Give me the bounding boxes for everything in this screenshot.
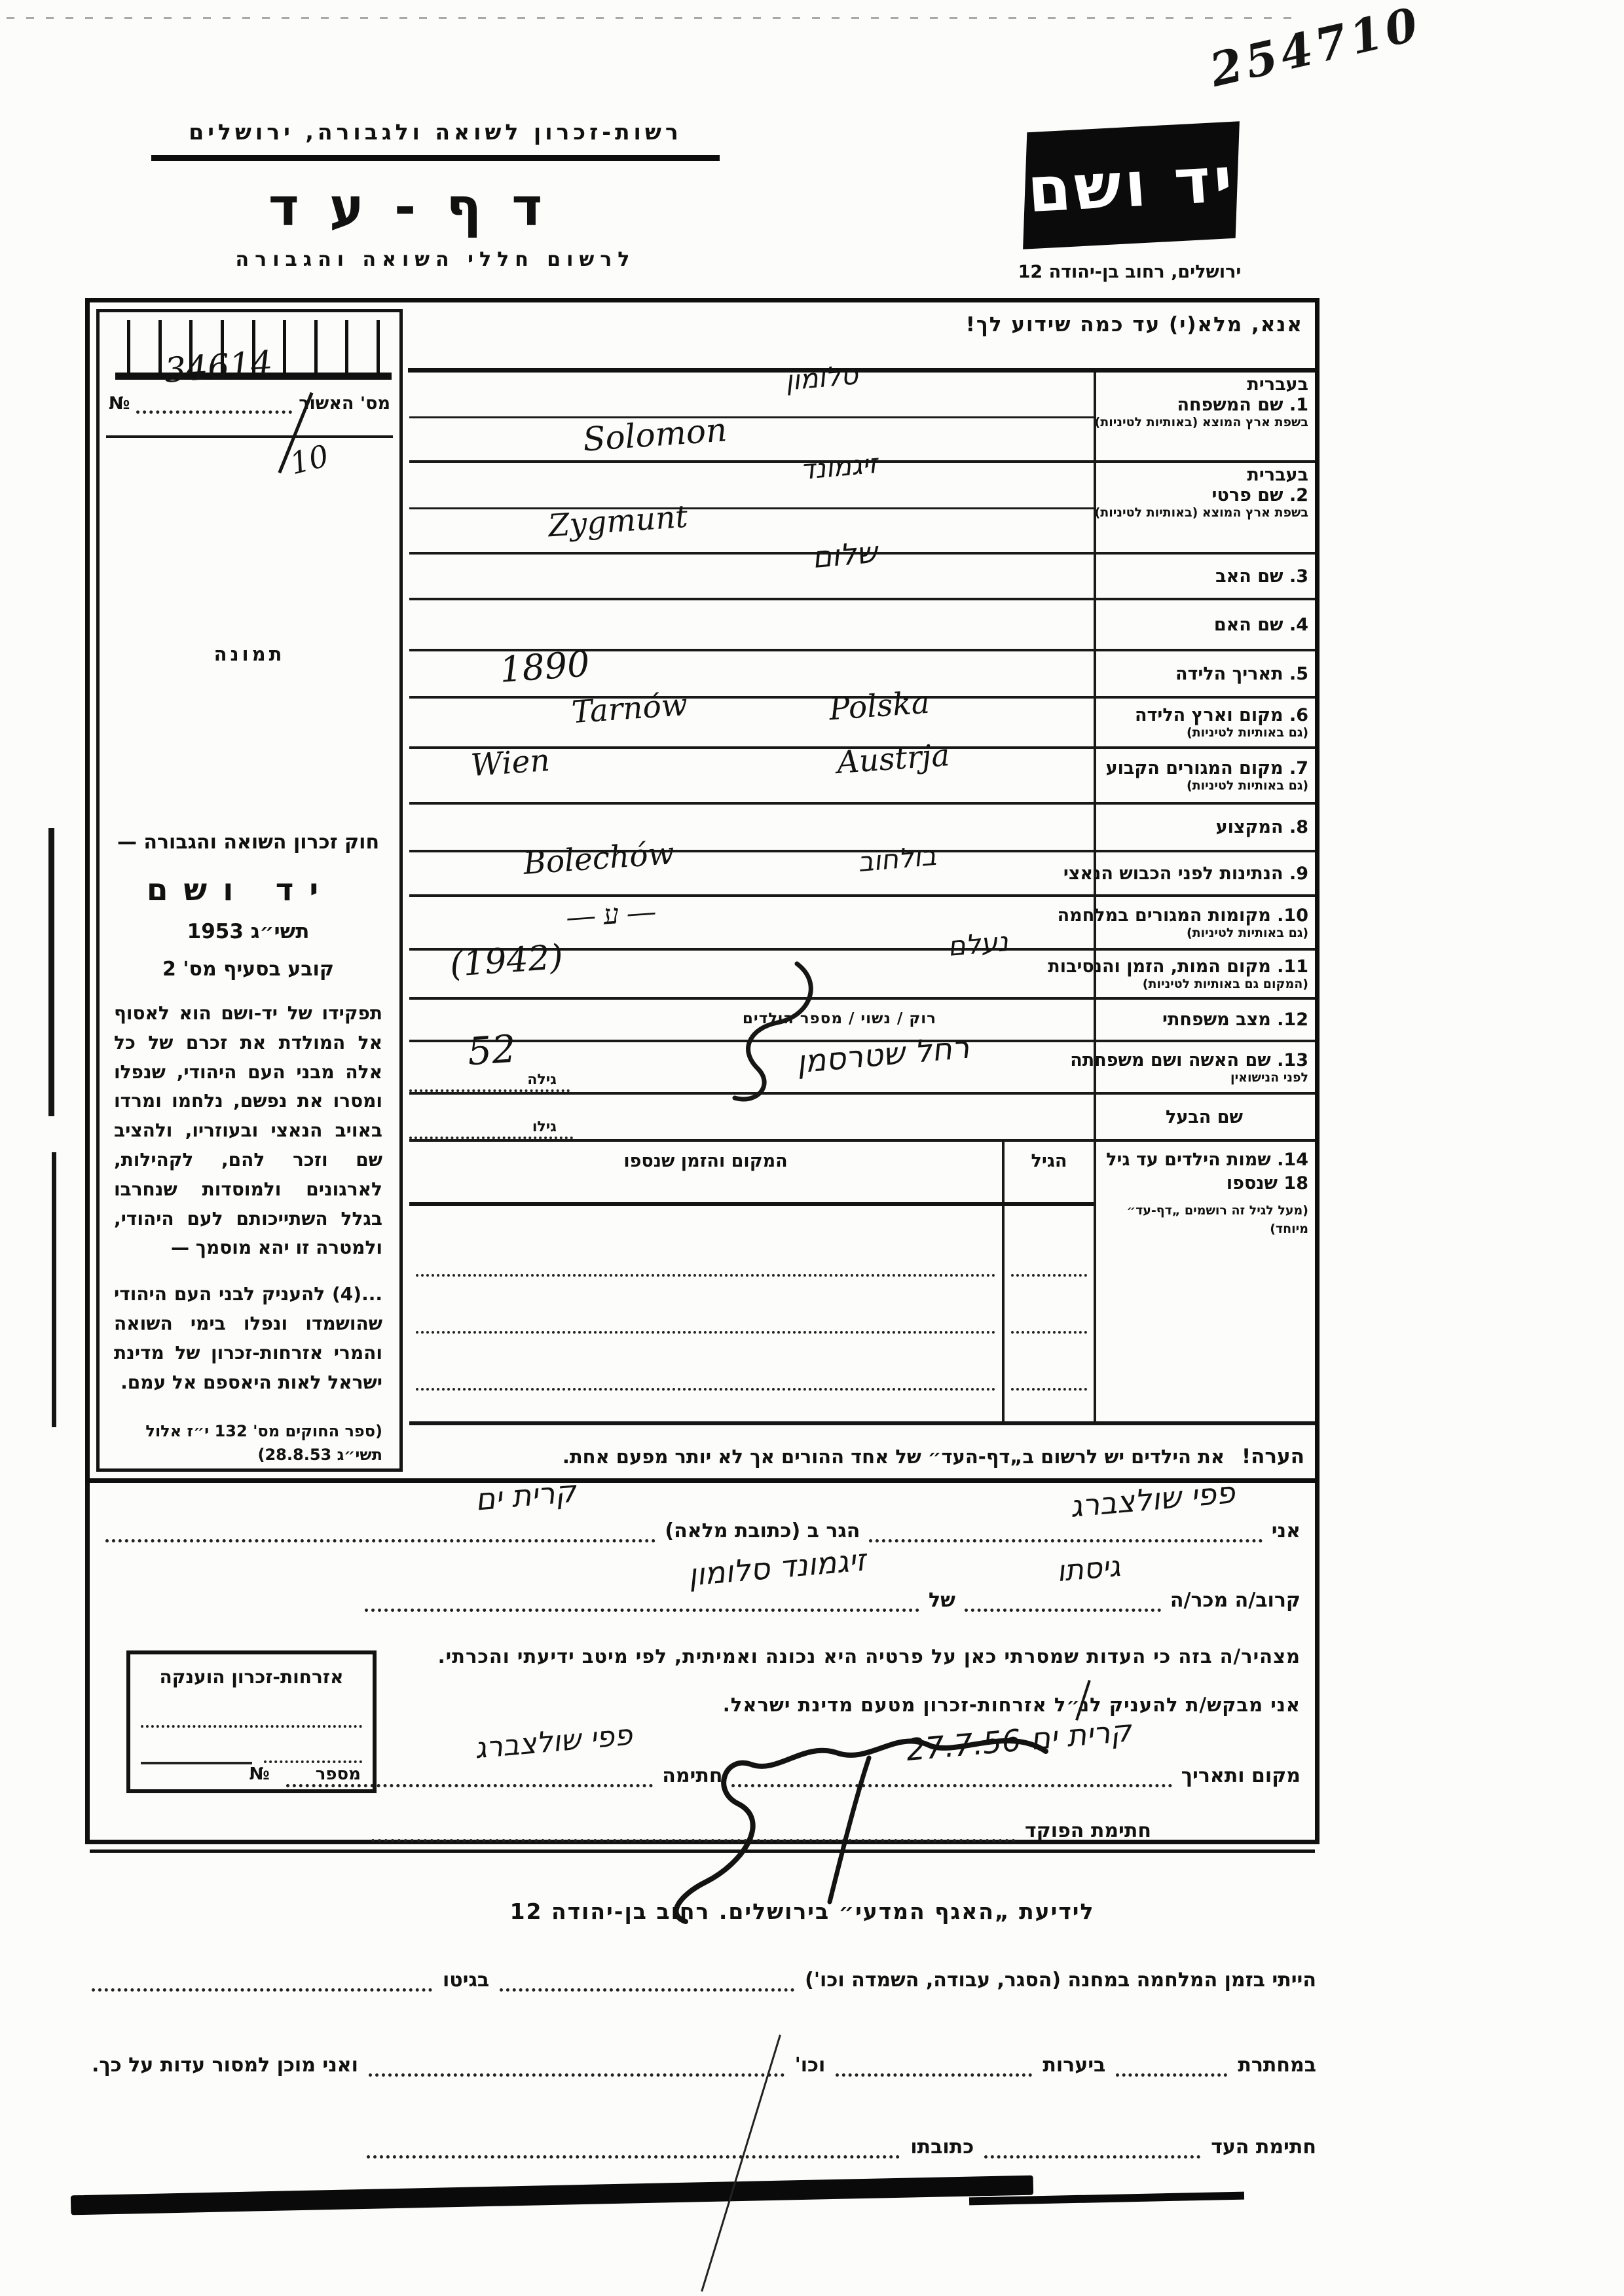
declaration-section: אני פפי שולצברג הגר ב (כתובת מלאה) קרית … <box>85 1483 1319 1844</box>
row-father-name: 3. שם האב שלום <box>409 555 1315 600</box>
relation-field: גיסתו <box>965 1581 1161 1612</box>
row-marital-status: 12. מצב משפחתי רוק / נשוי / מספר הילדים <box>409 1000 1315 1042</box>
declarant-line: אני פפי שולצברג הגר ב (כתובת מלאה) קרית … <box>105 1512 1301 1542</box>
place-date-label: מקום ותאריך <box>1181 1764 1301 1787</box>
numero-sign: № <box>109 393 130 414</box>
label-hebrew-tag: בעברית <box>1100 465 1308 485</box>
approval-suffix-handwritten: 10 <box>287 438 333 482</box>
handwritten-first-name-hebrew: זיגמונד <box>799 448 879 486</box>
law-extract: חוק זכרון השואה והגבורה — יד ושם תשי״ג 1… <box>114 831 382 1467</box>
address-field: קרית ים <box>105 1512 655 1542</box>
witness-signature-label: חתימת העד <box>1211 2136 1316 2159</box>
law-reference: (ספר החוקים מס' 132 י״ז אלול תשי״ג 28.8.… <box>114 1419 382 1467</box>
handwritten-place-hebrew: בולחוב <box>857 840 938 878</box>
handwritten-birth-country: Polska <box>828 685 931 728</box>
row-label: 10. מקומות המגורים במלחמה (גם באותיות לט… <box>1094 897 1315 948</box>
forests-field <box>836 2046 1032 2077</box>
law-name: יד ושם <box>114 872 382 908</box>
fill-line <box>416 1273 995 1277</box>
fill-line <box>409 416 1094 418</box>
divider <box>106 435 393 438</box>
office-address: ירושלים, רחוב בן-יהודה 12 <box>1012 262 1247 282</box>
etc-field <box>369 2046 784 2077</box>
row-sublabel: לפני הנישואין <box>1100 1070 1308 1085</box>
row-label: 12. מצב משפחתי <box>1094 1000 1315 1040</box>
fill-line <box>409 1133 573 1139</box>
stamp-number-row: מספר № <box>249 1764 361 1784</box>
children-subheading: (מעל לגיל זה רושמים „דף-עד״ מיוחד) <box>1100 1201 1308 1239</box>
ready-text: ואני מוכן למסור עדות על כך. <box>92 2054 358 2077</box>
testimony-page-scan: 254710 רשות-זכרון לשואה ולגבורה, ירושלים… <box>0 0 1624 2296</box>
law-clause: ...(4) להעניק לבני העם היהודי שהושמדו ונ… <box>114 1280 382 1397</box>
of-label: של <box>929 1589 955 1612</box>
row-label: בעברית 1. שם המשפחה בשפת ארץ המוצא (באות… <box>1094 373 1315 460</box>
row-label: 6. מקום וארץ הלידה (גם באותיות לטיניות) <box>1094 699 1315 746</box>
fill-line <box>141 1725 362 1728</box>
approval-number-row: מס' האשור 34614 № <box>109 386 390 414</box>
info-section-title: לידיעת „האגף המדעי״ בירושלים. רחוב בן-יה… <box>367 1899 1238 1924</box>
children-label-cell: 14. שמות הילדים עד גיל 18 שנספו (מעל לגי… <box>1094 1142 1315 1421</box>
fill-line <box>1011 1330 1087 1334</box>
citizenship-stamp-box: אזרחות-זכרון הוענקה מספר № <box>126 1650 377 1793</box>
photo-law-box: מס' האשור 34614 № 10 תמונה חוק זכרון השו… <box>96 309 403 1472</box>
i-label: אני <box>1272 1520 1301 1542</box>
row-title: תאריך הלידה <box>1175 664 1283 684</box>
camp-field <box>500 1961 794 1992</box>
handwritten-birth-year: 1890 <box>498 643 591 690</box>
law-title: חוק זכרון השואה והגבורה — <box>114 831 382 854</box>
yad-vashem-logo: יד ושם <box>1023 121 1240 249</box>
fill-line <box>416 1387 995 1391</box>
row-death-place-time: 11. מקום המות, הזמן והנסיבות (המקום גם ב… <box>409 951 1315 1000</box>
divider <box>408 368 1315 373</box>
handwritten-address: קרית ים <box>473 1473 580 1542</box>
husband-label: שם הבעל <box>1100 1107 1308 1127</box>
row-sublabel: (גם באותיות לטיניות) <box>1100 778 1308 793</box>
row-mother-name: 4. שם האם <box>409 600 1315 651</box>
row-citizenship: 9. הנתינות לפני הכבוש הנאצי Bolechów בול… <box>409 852 1315 897</box>
row-label: 4. שם האם <box>1094 600 1315 649</box>
answer-area: Wien Austrja <box>409 749 1094 802</box>
answer-area: סלומון Solomon <box>409 373 1094 460</box>
law-body: תפקידו של יד-ושם הוא לאסוף אל המולדת את … <box>114 999 382 1263</box>
row-title: מקום וארץ הלידה <box>1135 705 1283 725</box>
witness-line: חתימת העד כתובתו <box>367 2128 1316 2159</box>
divider <box>151 155 720 161</box>
stamp-title: אזרחות-זכרון הוענקה <box>130 1666 373 1688</box>
row-number: 2. <box>1289 485 1308 505</box>
note-title: הערה! <box>1242 1445 1304 1468</box>
handwritten-ditto-marks: ― ע ― <box>566 895 656 934</box>
row-number: 8. <box>1289 817 1308 837</box>
row-number: 13. <box>1277 1050 1308 1070</box>
row-label: 13. שם האשה ושם משפחתה לפני הנישואין <box>1094 1042 1315 1092</box>
fill-line <box>409 1085 570 1092</box>
row-sublabel: בשפת ארץ המוצא (באותיות לטיניות) <box>1100 505 1308 520</box>
scan-artifact <box>7 17 1303 19</box>
row-title: מקום המגורים הקבוע <box>1106 758 1283 778</box>
numero-sign: № <box>249 1764 269 1784</box>
row-number: 11. <box>1277 957 1308 977</box>
column-age-header: הגיל <box>1005 1151 1094 1171</box>
handwritten-birth-city: Tarnów <box>570 687 688 731</box>
handwritten-death-note: נעלם <box>946 926 1009 962</box>
row-residence: 7. מקום המגורים הקבוע (גם באותיות לטיניו… <box>409 749 1315 805</box>
handwritten-scrawl <box>699 957 830 1108</box>
form-header: רשות-זכרון לשואה ולגבורה, ירושלים דף-עד … <box>147 119 724 271</box>
camp-line: הייתי בזמן המלחמה במחנה (הסגר, עבודה, הש… <box>92 1961 1316 1992</box>
answer-area: 1890 <box>409 651 1094 696</box>
row-number: 1. <box>1289 395 1308 415</box>
handwritten-family-name-hebrew: סלומון <box>784 359 859 397</box>
answer-area: שלום <box>409 555 1094 598</box>
fill-line <box>409 507 1094 509</box>
ghetto-label: בגיטו <box>443 1969 489 1992</box>
row-number: 3. <box>1289 566 1308 587</box>
row-sublabel: (גם באותיות לטיניות) <box>1100 926 1308 940</box>
row-sublabel: בשפת ארץ המוצא (באותיות לטיניות) <box>1100 415 1308 429</box>
row-label: 3. שם האב <box>1094 555 1315 598</box>
row-label: 5. תאריך הלידה <box>1094 651 1315 696</box>
stamp-number-label: מספר <box>316 1764 361 1784</box>
row-number: 12. <box>1277 1010 1308 1030</box>
form-title: דף-עד <box>147 177 724 238</box>
row-title: שם האם <box>1214 615 1283 635</box>
row-husband-name: שם הבעל גילו <box>409 1095 1315 1142</box>
divider <box>409 1202 1094 1206</box>
answer-area <box>409 600 1094 649</box>
forests-label: ביערות <box>1043 2054 1105 2077</box>
handwritten-first-name-latin: Zygmunt <box>547 499 689 545</box>
row-birth-place: 6. מקום וארץ הלידה (גם באותיות לטיניות) … <box>409 699 1315 749</box>
row-title: המקצוע <box>1216 817 1283 837</box>
fill-line <box>264 1760 362 1763</box>
handwritten-victim-name: זיגמונד סלומון <box>687 1542 870 1614</box>
declarant-name-field: פפי שולצברג <box>869 1512 1262 1542</box>
column-place-header: המקום והזמן שנספו <box>409 1151 1002 1171</box>
answer-area: Tarnów Polska <box>409 699 1094 746</box>
scan-artifact <box>52 1152 56 1427</box>
fill-instruction: אנא, מלא(י) עד כמה שידוע לך! <box>966 313 1303 337</box>
form-subtitle: לרשום חללי השואה והגבורה <box>147 248 724 271</box>
relation-line: קרוב/ה מכר/ה גיסתו של זיגמונד סלומון <box>365 1581 1301 1612</box>
row-sublabel: (המקום גם באותיות לטיניות) <box>1100 977 1308 991</box>
main-form: אנא, מלא(י) עד כמה שידוע לך! מס' האשור 3… <box>85 298 1319 1483</box>
row-number: 4. <box>1289 615 1308 635</box>
camp-label: הייתי בזמן המלחמה במחנה (הסגר, עבודה, הש… <box>805 1969 1316 1992</box>
law-section: קובע בסעיף מס' 2 <box>114 958 382 981</box>
row-title: שם המשפחה <box>1177 395 1283 415</box>
row-title: שם האב <box>1215 566 1283 587</box>
children-table: 14. שמות הילדים עד גיל 18 שנספו (מעל לגי… <box>409 1142 1315 1425</box>
photo-label: תמונה <box>100 643 399 665</box>
handwritten-death-year: (1942) <box>449 938 564 985</box>
row-label: 11. מקום המות, הזמן והנסיבות (המקום גם ב… <box>1094 951 1315 997</box>
underground-label: במחתרת <box>1238 2054 1316 2077</box>
row-number: 10. <box>1277 905 1308 926</box>
answer-area: Bolechów בולחוב <box>409 852 1094 894</box>
answer-area: זיגמונד Zygmunt <box>409 463 1094 552</box>
relative-label: קרוב/ה מכר/ה <box>1170 1589 1301 1612</box>
column-place-time: המקום והזמן שנספו <box>409 1142 1002 1421</box>
handwritten-relation: גיסתו <box>1056 1550 1124 1610</box>
children-heading: 14. שמות הילדים עד גיל 18 שנספו <box>1100 1148 1308 1196</box>
row-number: 7. <box>1289 758 1308 778</box>
handwritten-residence-city: Wien <box>470 742 551 784</box>
row-title: מצב משפחתי <box>1162 1010 1271 1030</box>
column-age: הגיל <box>1002 1142 1094 1421</box>
approval-label: מס' האשור <box>299 393 390 414</box>
approval-number-handwritten: 34614 <box>163 344 274 390</box>
resides-label: הגר ב (כתובת מלאה) <box>665 1520 860 1542</box>
authority-name: רשות-זכרון לשואה ולגבורה, ירושלים <box>147 119 724 145</box>
row-label: 9. הנתינות לפני הכבוש הנאצי <box>1094 852 1315 894</box>
fill-line <box>416 1330 995 1334</box>
clerk-signature <box>587 1712 1085 1928</box>
row-label: 8. המקצוע <box>1094 805 1315 850</box>
handwritten-wife-age: 52 <box>466 1027 517 1074</box>
row-number: 6. <box>1289 705 1308 725</box>
witness-address-field <box>367 2128 900 2159</box>
note-text: את הילדים יש לרשום ב„דף-העד״ של אחד ההור… <box>563 1446 1225 1468</box>
declaration-text: מצהיר/ה בזה כי העדות שמסרתי כאן על פרטיה… <box>438 1645 1301 1667</box>
row-label: שם הבעל <box>1094 1095 1315 1139</box>
scan-artifact <box>48 828 54 1116</box>
row-number: 5. <box>1289 664 1308 684</box>
witness-signature-field <box>984 2128 1200 2159</box>
row-label: 7. מקום המגורים הקבוע (גם באותיות לטיניו… <box>1094 749 1315 802</box>
fill-line <box>1011 1387 1087 1391</box>
handwritten-residence-country: Austrja <box>836 737 951 781</box>
fill-line <box>1011 1273 1087 1277</box>
row-title: שם פרטי <box>1212 485 1283 505</box>
fill-line <box>141 1762 252 1764</box>
label-hebrew-tag: בעברית <box>1100 374 1308 395</box>
witness-address-label: כתובתו <box>910 2136 974 2159</box>
approval-field: 34614 <box>136 386 292 414</box>
logo-text: יד ושם <box>1025 144 1238 227</box>
answer-area <box>409 805 1094 850</box>
law-year: תשי״ג 1953 <box>114 920 382 943</box>
row-label: בעברית 2. שם פרטי בשפת ארץ המוצא (באותיו… <box>1094 463 1315 552</box>
victim-name-field: זיגמונד סלומון <box>365 1581 919 1612</box>
row-wife-name: 13. שם האשה ושם משפחתה לפני הנישואין רחל… <box>409 1042 1315 1095</box>
handwritten-file-number: 254710 <box>1205 0 1427 98</box>
ghetto-field <box>92 1961 432 1992</box>
row-sublabel: (גם באותיות לטיניות) <box>1100 725 1308 740</box>
handwritten-father-name: שלום <box>811 535 879 575</box>
scan-artifact <box>71 2176 1033 2215</box>
row-title: הנתינות לפני הכבוש הנאצי <box>1063 864 1283 884</box>
underground-field <box>1116 2046 1227 2077</box>
etc-label: וכו' <box>795 2054 826 2077</box>
row-number: 9. <box>1289 864 1308 884</box>
handwritten-declarant-name: פפי שולצברג <box>1069 1474 1238 1545</box>
row-title: שם האשה ושם משפחתה <box>1070 1050 1271 1070</box>
underground-line: במחתרת ביערות וכו' ואני מוכן למסור עדות … <box>92 2046 1316 2077</box>
form-rows: בעברית 1. שם המשפחה בשפת ארץ המוצא (באות… <box>409 373 1315 1487</box>
